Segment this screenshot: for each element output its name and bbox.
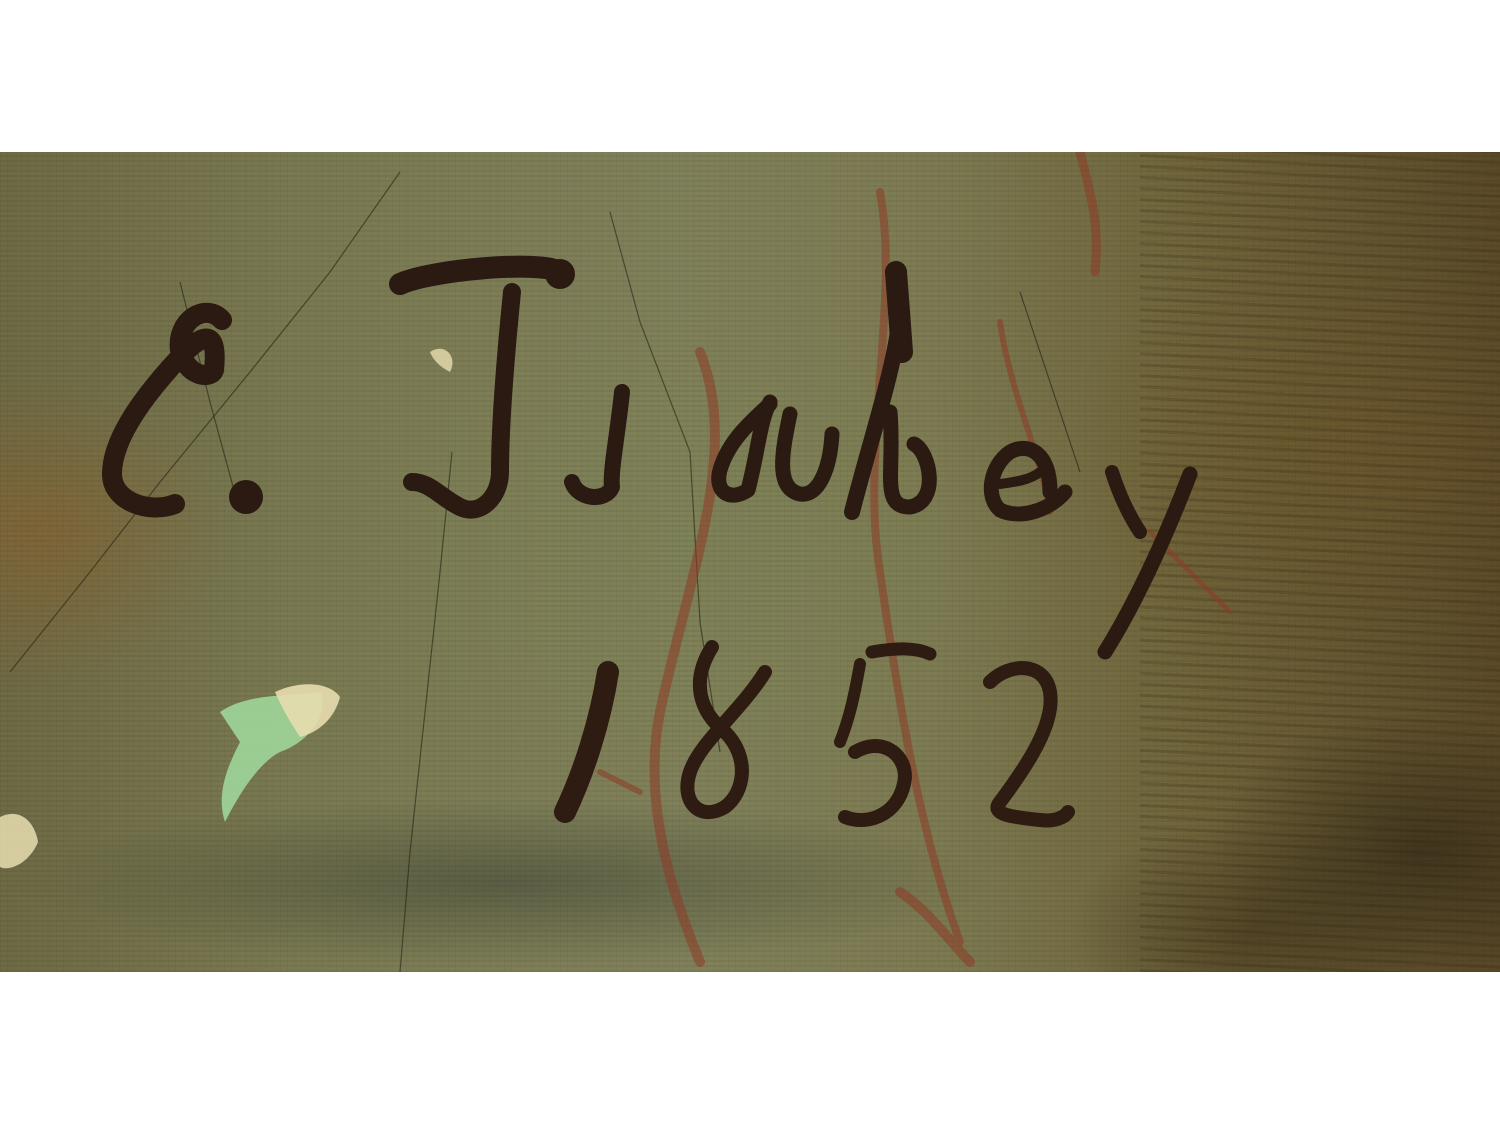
letterbox-top	[0, 0, 1500, 152]
painting-photo: E. Isabey 1852	[0, 152, 1500, 972]
signature-artwork	[0, 152, 1500, 972]
highlight-dabs	[0, 349, 452, 869]
craquelure	[10, 172, 1080, 972]
letterbox-bottom	[0, 972, 1500, 1125]
red-underpaint	[600, 152, 1230, 962]
